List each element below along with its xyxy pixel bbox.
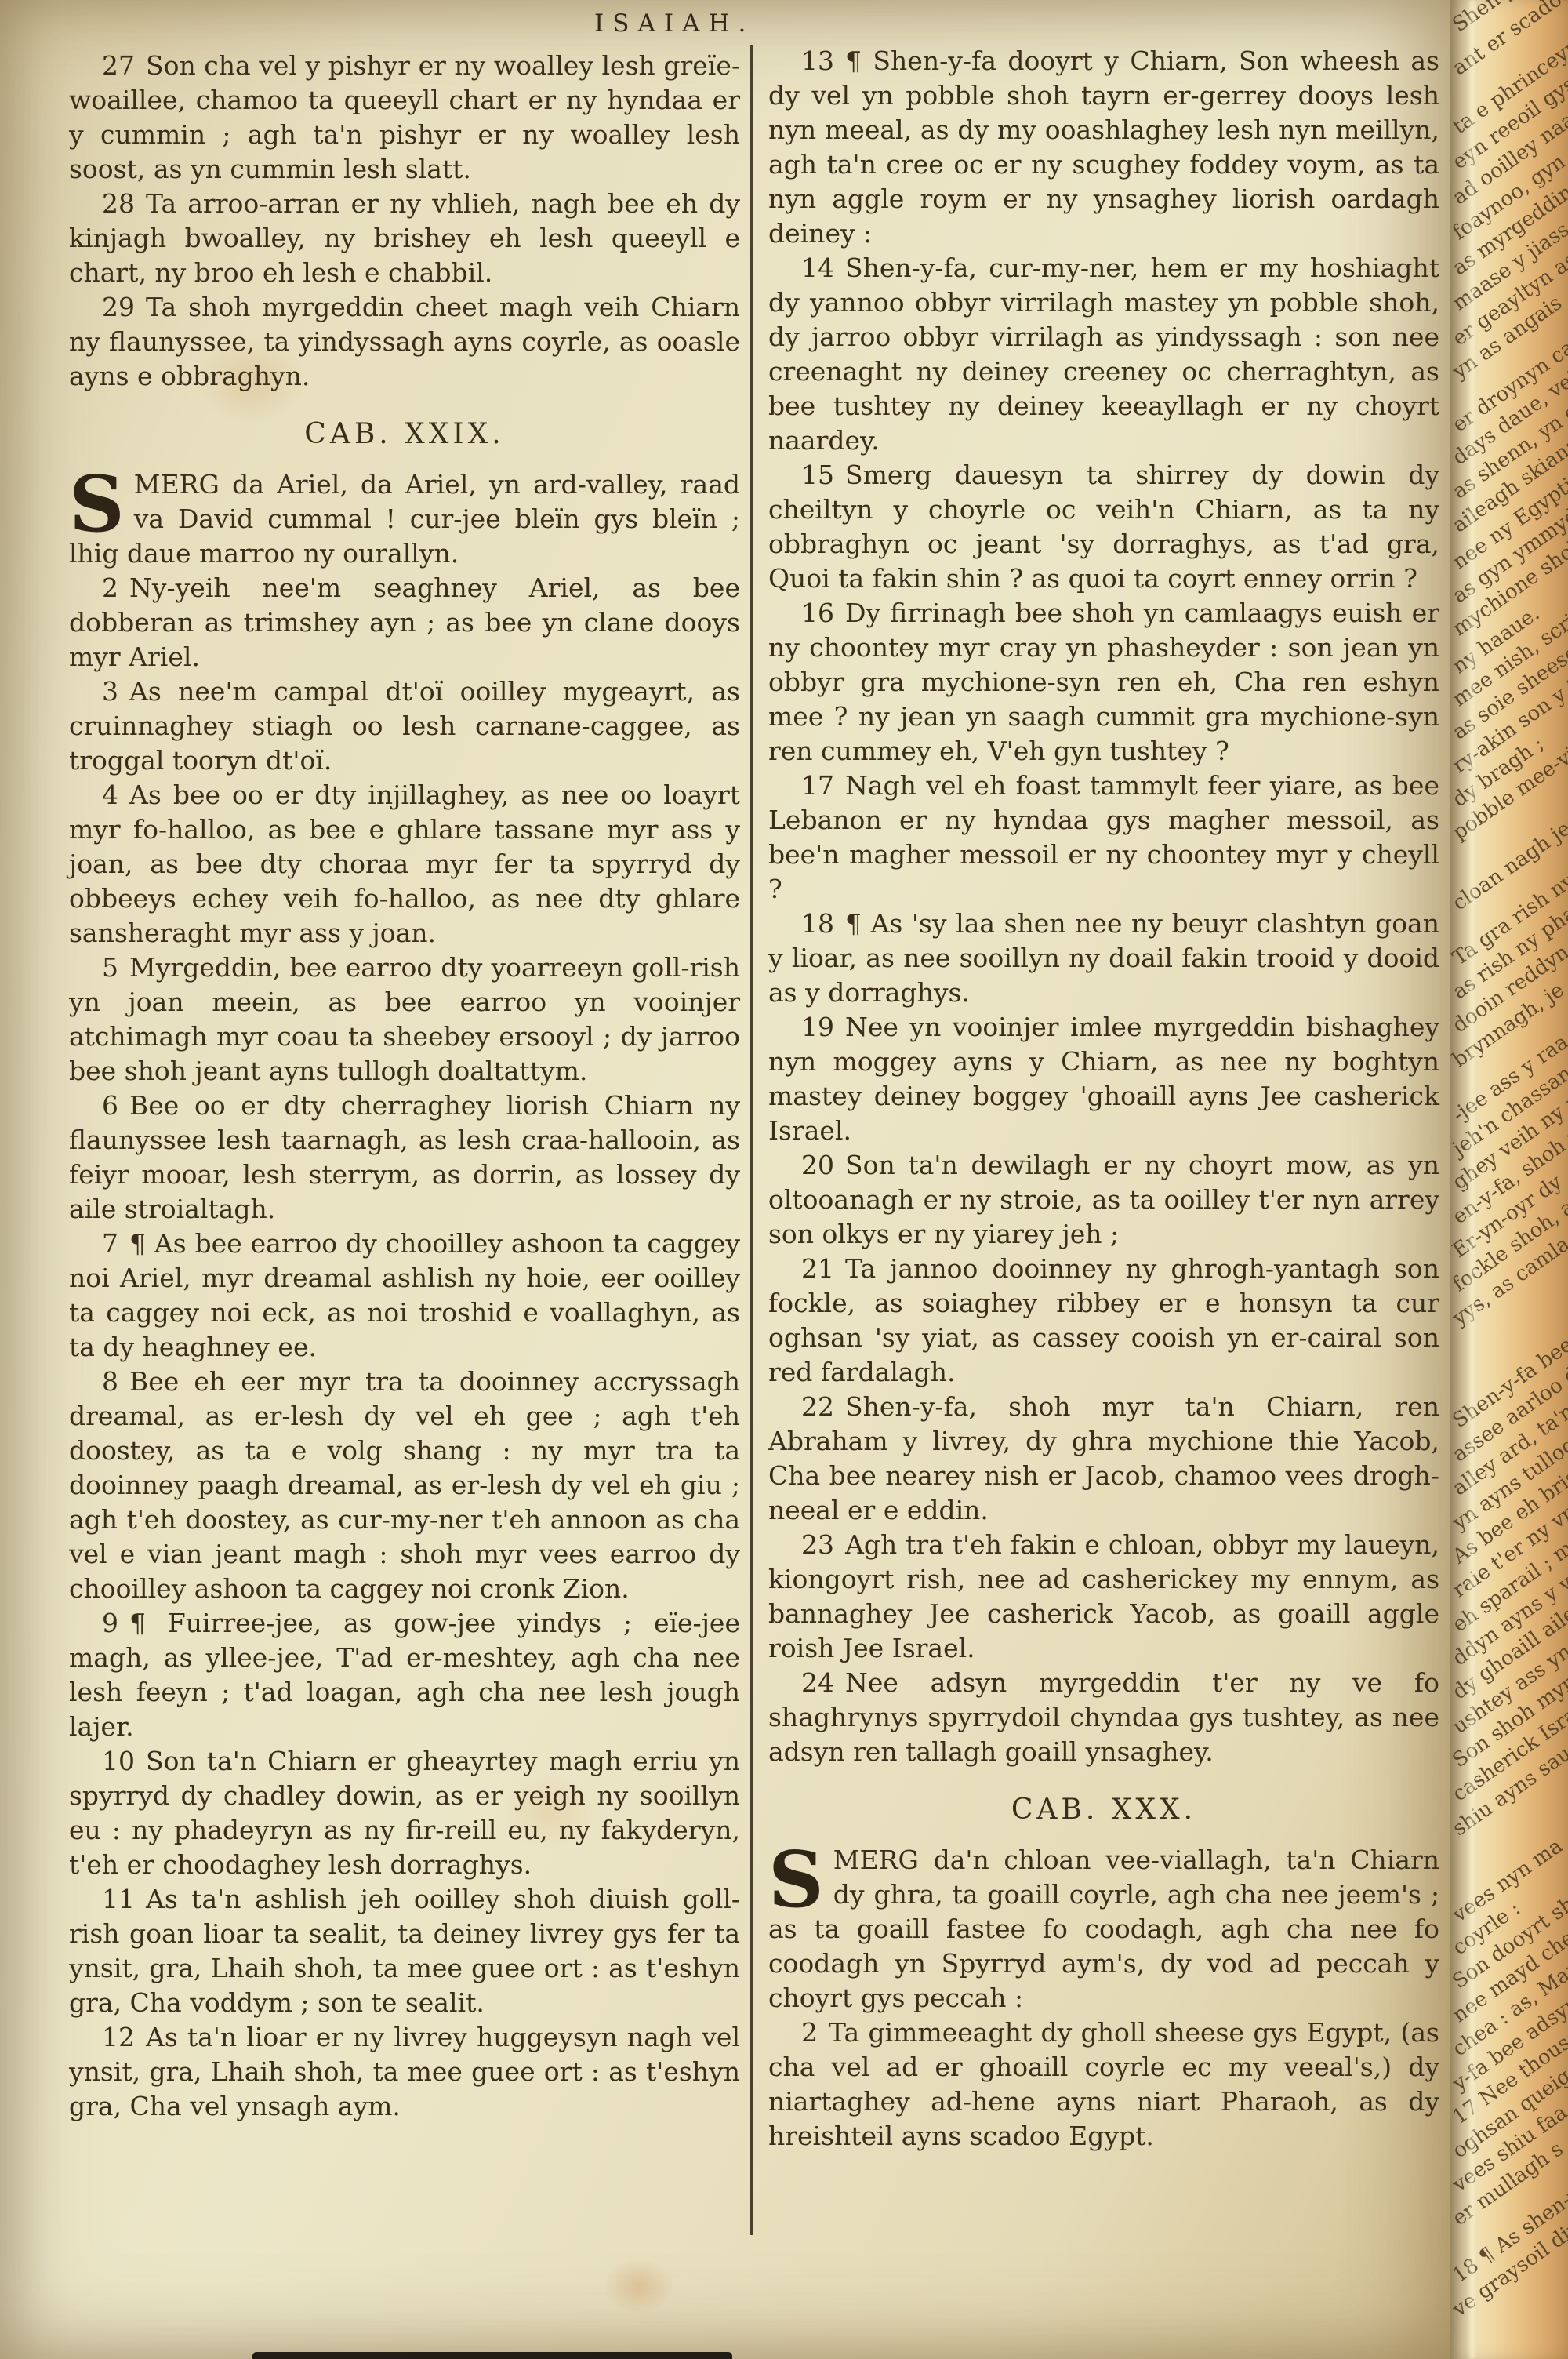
drop-cap-initial: S	[768, 1849, 824, 1912]
page-surface: ISAIAH. 27Son cha vel y pishyr er ny woa…	[0, 0, 1450, 2359]
verse-text: As bee oo er dty injillaghey, as nee oo …	[69, 780, 740, 948]
verse: 11As ta'n ashlish jeh ooilley shoh diuis…	[69, 1882, 740, 2020]
verse-text: Son cha vel y pishyr er ny woalley lesh …	[69, 50, 740, 184]
verse-number: 13	[801, 45, 845, 76]
verse: 2Ta gimmeeaght dy gholl sheese gys Egypt…	[768, 2016, 1439, 2154]
verse-text: Nee yn vooinjer imlee myrgeddin bishaghe…	[768, 1012, 1439, 1146]
running-head: ISAIAH.	[594, 9, 754, 38]
verse-text: As ta'n lioar er ny livrey huggeysyn nag…	[69, 2022, 740, 2121]
verse-number: 6	[102, 1090, 129, 1121]
verse-number: 9	[102, 1608, 129, 1638]
verse-text: Nee adsyn myrgeddin t'er ny ve fo shaghr…	[768, 1667, 1439, 1767]
right-column: 13¶ Shen-y-fa dooyrt y Chiarn, Son whees…	[768, 44, 1439, 2154]
verse: 15Smerg dauesyn ta shirrey dy dowin dy c…	[768, 458, 1439, 596]
verse: 27Son cha vel y pishyr er ny woalley les…	[69, 49, 740, 187]
verse-text: MERG da'n chloan vee-viallagh, ta'n Chia…	[768, 1845, 1439, 2013]
book-page-scan: ISAIAH. 27Son cha vel y pishyr er ny woa…	[0, 0, 1568, 2359]
stain	[604, 2259, 674, 2314]
verse: 3As nee'm campal dt'oï ooilley mygeayrt,…	[69, 674, 740, 778]
verse: 18¶ As 'sy laa shen nee ny beuyr clashty…	[768, 907, 1439, 1010]
verse-number: 21	[801, 1253, 845, 1284]
verse: 8Bee eh eer myr tra ta dooinney accryssa…	[69, 1365, 740, 1606]
verse-number: 11	[102, 1884, 146, 1914]
verse-number: 18	[801, 908, 845, 939]
verse-number: 23	[801, 1529, 845, 1560]
verse: 24Nee adsyn myrgeddin t'er ny ve fo shag…	[768, 1666, 1439, 1769]
verse-number: 3	[102, 676, 129, 707]
verse: 17Nagh vel eh foast tammylt feer yiare, …	[768, 769, 1439, 907]
page-curl-next-page: Shen-y-fa bee niart ant er scadoo Eg ta …	[1450, 0, 1568, 2359]
left-column: 27Son cha vel y pishyr er ny woalley les…	[69, 49, 740, 2124]
chapter-opening-verse: SMERG da'n chloan vee-viallagh, ta'n Chi…	[768, 1843, 1439, 2016]
verse-number: 17	[801, 770, 845, 801]
verse-text: ¶ As bee earroo dy chooilley ashoon ta c…	[69, 1228, 740, 1362]
verse-text: As ta'n ashlish jeh ooilley shoh diuish …	[69, 1884, 740, 2018]
verse: 7¶ As bee earroo dy chooilley ashoon ta …	[69, 1227, 740, 1365]
verse-text: Agh tra t'eh fakin e chloan, obbyr my la…	[768, 1529, 1439, 1663]
verse-text: Ta jannoo dooinney ny ghrogh-yantagh son…	[768, 1253, 1439, 1387]
verse-text: Bee eh eer myr tra ta dooinney accryssag…	[69, 1366, 740, 1604]
verse: 23Agh tra t'eh fakin e chloan, obbyr my …	[768, 1528, 1439, 1666]
verse: 5Myrgeddin, bee earroo dty yoarreeyn gol…	[69, 951, 740, 1089]
verse-number: 12	[102, 2022, 146, 2052]
verse: 22Shen-y-fa, shoh myr ta'n Chiarn, ren A…	[768, 1390, 1439, 1528]
verse: 12As ta'n lioar er ny livrey huggeysyn n…	[69, 2020, 740, 2124]
verse-text: Ny-yeih nee'm seaghney Ariel, as bee dob…	[69, 572, 740, 672]
verse-number: 19	[801, 1012, 845, 1042]
verse-text: Shen-y-fa, shoh myr ta'n Chiarn, ren Abr…	[768, 1391, 1439, 1525]
verse: 16Dy firrinagh bee shoh yn camlaagys eui…	[768, 596, 1439, 769]
verse-text: Nagh vel eh foast tammylt feer yiare, as…	[768, 770, 1439, 904]
verse-number: 29	[102, 292, 146, 322]
scan-edge-mark	[252, 2352, 732, 2359]
verse-text: Son ta'n dewilagh er ny choyrt mow, as y…	[768, 1150, 1439, 1249]
verse: 19Nee yn vooinjer imlee myrgeddin bishag…	[768, 1010, 1439, 1148]
verse-number: 2	[801, 2017, 829, 2048]
verse: 10Son ta'n Chiarn er gheayrtey magh erri…	[69, 1744, 740, 1882]
verse-number: 16	[801, 598, 845, 628]
drop-cap-initial: S	[69, 474, 125, 536]
verse: 21Ta jannoo dooinney ny ghrogh-yantagh s…	[768, 1252, 1439, 1390]
verse-number: 8	[102, 1366, 129, 1397]
verse-number: 4	[102, 780, 129, 810]
verse-number: 27	[102, 50, 146, 81]
verse-number: 7	[102, 1228, 129, 1259]
verse-text: Ta shoh myrgeddin cheet magh veih Chiarn…	[69, 292, 740, 391]
verse: 28Ta arroo-arran er ny vhlieh, nagh bee …	[69, 187, 740, 290]
verse-text: Ta gimmeeaght dy gholl sheese gys Egypt,…	[768, 2017, 1439, 2151]
verse-number: 14	[801, 253, 845, 283]
verse: 6Bee oo er dty cherraghey liorish Chiarn…	[69, 1089, 740, 1227]
chapter-opening-verse: SMERG da Ariel, da Ariel, yn ard-valley,…	[69, 467, 740, 571]
verse-number: 5	[102, 952, 129, 983]
verse: 4As bee oo er dty injillaghey, as nee oo…	[69, 778, 740, 951]
verse-text: ¶ Fuirree-jee, as gow-jee yindys ; eïe-j…	[69, 1608, 740, 1742]
verse-text: Smerg dauesyn ta shirrey dy dowin dy che…	[768, 460, 1439, 594]
verse-text: ¶ Shen-y-fa dooyrt y Chiarn, Son wheesh …	[768, 45, 1439, 249]
verse-number: 28	[102, 188, 146, 219]
verse-number: 15	[801, 460, 845, 490]
verse-text: MERG da Ariel, da Ariel, yn ard-valley, …	[69, 469, 740, 569]
verse-number: 20	[801, 1150, 845, 1180]
verse-text: Dy firrinagh bee shoh yn camlaagys euish…	[768, 598, 1439, 766]
verse-number: 10	[102, 1746, 146, 1776]
verse: 29Ta shoh myrgeddin cheet magh veih Chia…	[69, 290, 740, 394]
column-divider-rule	[750, 45, 753, 2235]
verse-text: ¶ As 'sy laa shen nee ny beuyr clashtyn …	[768, 908, 1439, 1008]
verse: 2Ny-yeih nee'm seaghney Ariel, as bee do…	[69, 571, 740, 674]
verse-number: 22	[801, 1391, 845, 1422]
chapter-heading: CAB. XXIX.	[69, 417, 740, 452]
verse-number: 24	[801, 1667, 845, 1698]
verse-text: Shen-y-fa, cur-my-ner, hem er my hoshiag…	[768, 253, 1439, 456]
verse: 9¶ Fuirree-jee, as gow-jee yindys ; eïe-…	[69, 1606, 740, 1744]
verse-text: As nee'm campal dt'oï ooilley mygeayrt, …	[69, 676, 740, 776]
verse-text: Son ta'n Chiarn er gheayrtey magh erriu …	[69, 1746, 740, 1880]
verse-text: Ta arroo-arran er ny vhlieh, nagh bee eh…	[69, 188, 740, 288]
verse: 14Shen-y-fa, cur-my-ner, hem er my hoshi…	[768, 251, 1439, 458]
verse: 20Son ta'n dewilagh er ny choyrt mow, as…	[768, 1148, 1439, 1252]
verse-number: 2	[102, 572, 129, 603]
verse: 13¶ Shen-y-fa dooyrt y Chiarn, Son whees…	[768, 44, 1439, 251]
verse-text: Myrgeddin, bee earroo dty yoarreeyn goll…	[69, 952, 740, 1086]
verse-text: Bee oo er dty cherraghey liorish Chiarn …	[69, 1090, 740, 1224]
chapter-heading: CAB. XXX.	[768, 1793, 1439, 1827]
